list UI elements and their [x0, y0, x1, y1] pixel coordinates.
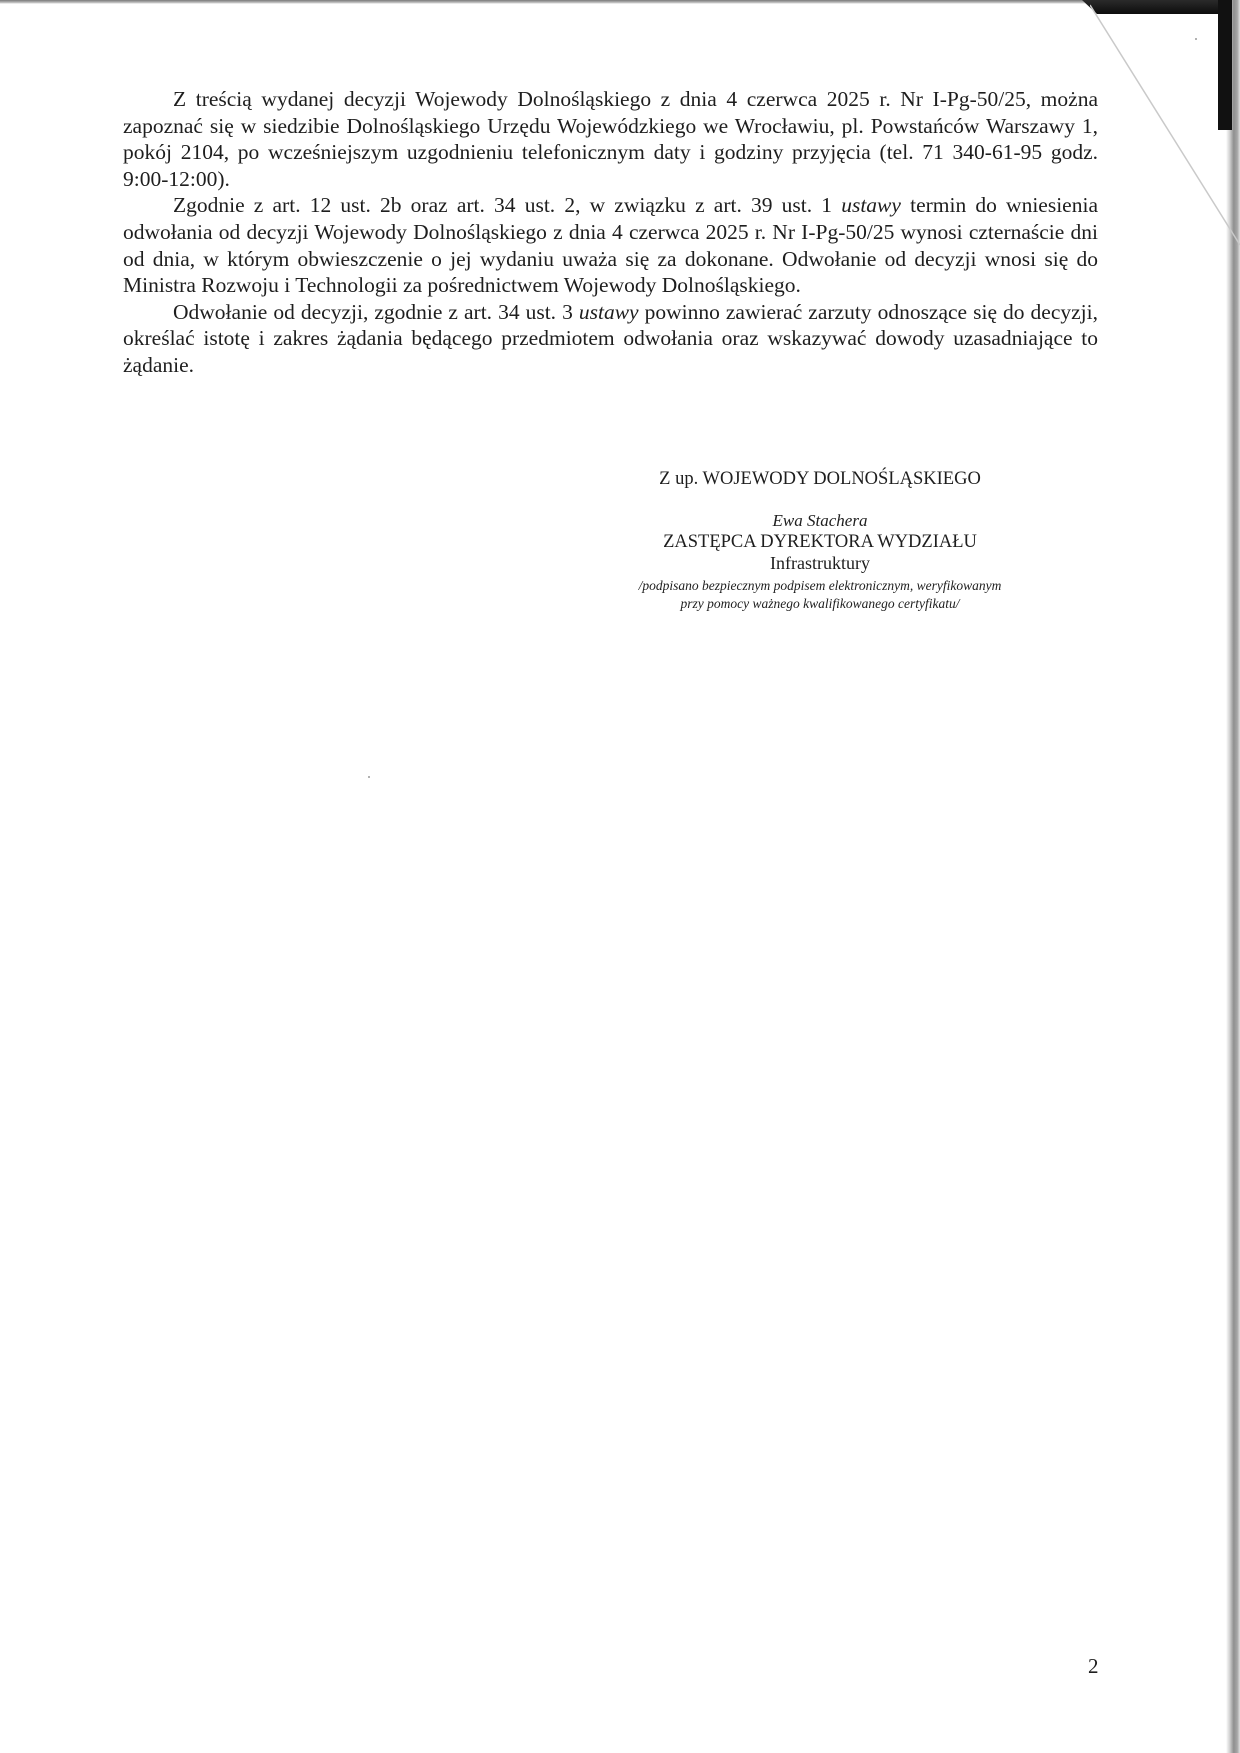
signatory-name: Ewa Stachera [580, 510, 1060, 531]
electronic-signature-note-line-2: przy pomocy ważnego kwalifikowanego cert… [580, 595, 1060, 613]
signature-block: Z up. WOJEWODY DOLNOŚLĄSKIEGO Ewa Stache… [580, 468, 1060, 613]
paragraph-appeal-deadline: Zgodnie z art. 12 ust. 2b oraz art. 34 u… [123, 192, 1098, 298]
scan-right-edge [1226, 0, 1240, 1753]
electronic-signature-note-line-1: /podpisano bezpiecznym podpisem elektron… [580, 577, 1060, 595]
italic-term: ustawy [841, 193, 901, 217]
electronic-signature-note: /podpisano bezpiecznym podpisem elektron… [580, 577, 1060, 613]
paragraph-access-info: Z treścią wydanej decyzji Wojewody Dolno… [123, 86, 1098, 192]
scan-top-edge [0, 0, 1240, 4]
scan-speck [368, 776, 370, 778]
scan-corner-shadow [1082, 0, 1232, 14]
paragraph-appeal-contents: Odwołanie od decyzji, zgodnie z art. 34 … [123, 299, 1098, 379]
signatory-department: Infrastruktury [580, 553, 1060, 574]
page-number: 2 [1088, 1654, 1099, 1679]
document-body: Z treścią wydanej decyzji Wojewody Dolno… [123, 86, 1098, 379]
scan-corner-dark [1218, 0, 1232, 130]
italic-term: ustawy [579, 300, 639, 324]
scan-speck [1195, 38, 1197, 40]
signatory-title: ZASTĘPCA DYREKTORA WYDZIAŁU [580, 531, 1060, 553]
signature-authority: Z up. WOJEWODY DOLNOŚLĄSKIEGO [580, 468, 1060, 490]
